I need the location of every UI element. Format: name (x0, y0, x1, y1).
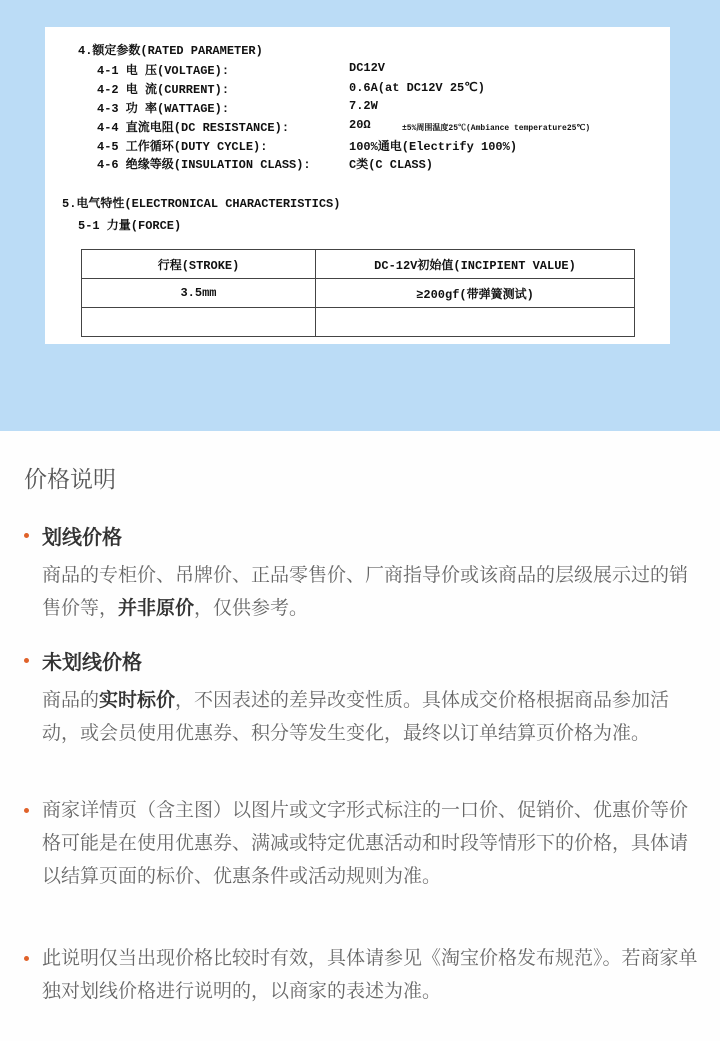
body-text: 商品的 (42, 689, 99, 711)
spec-label-resistance: 4-4 直流电阻(DC RESISTANCE): (97, 118, 289, 135)
bullet-dot-icon (24, 808, 29, 813)
spec-value-insulation: C类(C CLASS) (349, 155, 433, 172)
table-cell (82, 308, 316, 337)
item-heading: 未划线价格 (42, 646, 142, 675)
spec-label-insulation: 4-6 绝缘等级(INSULATION CLASS): (97, 155, 311, 172)
item-heading: 划线价格 (42, 521, 122, 550)
spec-value-wattage: 7.2W (349, 99, 378, 113)
table-cell: ≥200gf(带弹簧测试) (316, 279, 635, 308)
bullet-dot-icon (24, 658, 29, 663)
bullet-dot-icon (24, 956, 29, 961)
spec-label-voltage: 4-1 电 压(VOLTAGE): (97, 61, 229, 78)
subsection-title-force: 5-1 力量(FORCE) (78, 216, 181, 233)
body-emphasis: 实时标价 (99, 689, 175, 711)
spec-value-voltage: DC12V (349, 61, 385, 75)
price-title: 价格说明 (24, 461, 116, 494)
spec-sheet-image: 4.额定参数(RATED PARAMETER) 4-1 电 压(VOLTAGE)… (45, 27, 670, 344)
table-header-stroke: 行程(STROKE) (82, 250, 316, 279)
spec-label-wattage: 4-3 功 率(WATTAGE): (97, 99, 229, 116)
table-row (82, 308, 635, 337)
body-text: ，仅供参考。 (194, 597, 308, 619)
spec-label-duty-cycle: 4-5 工作循环(DUTY CYCLE): (97, 137, 267, 154)
spec-value-duty-cycle: 100%通电(Electrify 100%) (349, 137, 517, 154)
item-body: 商家详情页（含主图）以图片或文字形式标注的一口价、促销价、优惠价等价格可能是在使… (42, 794, 706, 893)
spec-value-current: 0.6A(at DC12V 25℃) (349, 80, 485, 95)
table-row: 3.5mm ≥200gf(带弹簧测试) (82, 279, 635, 308)
table-header-row: 行程(STROKE) DC-12V初始值(INCIPIENT VALUE) (82, 250, 635, 279)
force-table: 行程(STROKE) DC-12V初始值(INCIPIENT VALUE) 3.… (81, 249, 635, 337)
section-title-rated-parameter: 4.额定参数(RATED PARAMETER) (78, 41, 263, 58)
table-cell (316, 308, 635, 337)
item-body: 此说明仅当出现价格比较时有效，具体请参见《淘宝价格发布规范》。若商家单独对划线价… (42, 942, 706, 1008)
spec-value-resistance: 20Ω (349, 118, 371, 132)
product-image-background: 4.额定参数(RATED PARAMETER) 4-1 电 压(VOLTAGE)… (0, 0, 720, 431)
spec-label-current: 4-2 电 流(CURRENT): (97, 80, 229, 97)
item-body: 商品的专柜价、吊牌价、正品零售价、厂商指导价或该商品的层级展示过的销售价等，并非… (42, 559, 706, 625)
price-explanation-section: 价格说明 划线价格 商品的专柜价、吊牌价、正品零售价、厂商指导价或该商品的层级展… (0, 431, 720, 1041)
spec-note-resistance: ±5%周围温度25℃(Ambiance temperature25℃) (402, 122, 590, 133)
table-cell: 3.5mm (82, 279, 316, 308)
table-header-incipient: DC-12V初始值(INCIPIENT VALUE) (316, 250, 635, 279)
item-body: 商品的实时标价，不因表述的差异改变性质。具体成交价格根据商品参加活动，或会员使用… (42, 684, 706, 750)
bullet-dot-icon (24, 533, 29, 538)
section-title-electrical: 5.电气特性(ELECTRONICAL CHARACTERISTICS) (62, 194, 340, 211)
body-emphasis: 并非原价 (118, 597, 194, 619)
